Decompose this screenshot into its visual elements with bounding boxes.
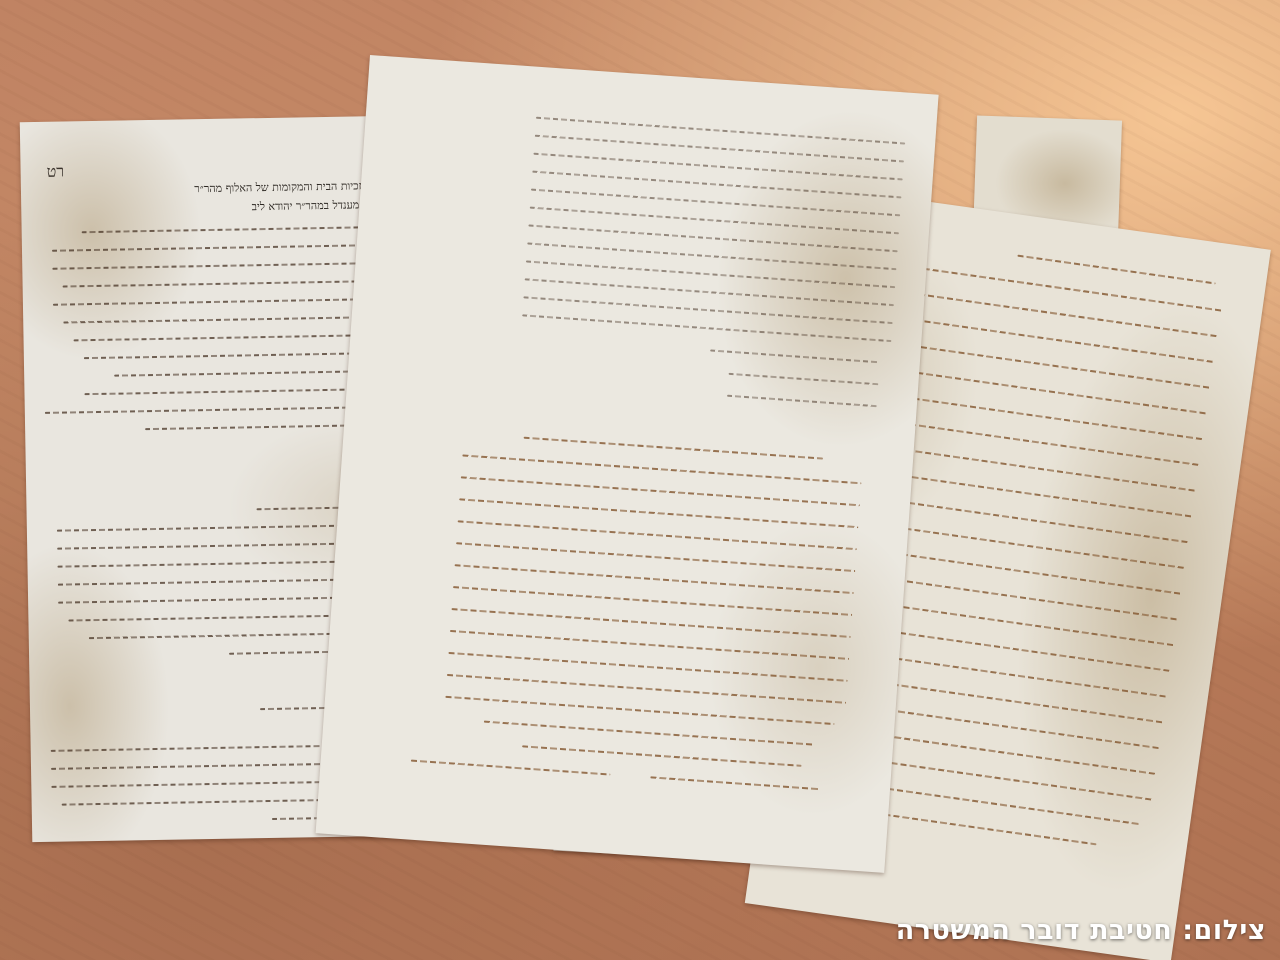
photo-credit-caption: צילום: חטיבת דובר המשטרה [896, 915, 1266, 946]
handwritten-text-block [316, 55, 939, 873]
manuscript-page-middle [316, 55, 939, 873]
